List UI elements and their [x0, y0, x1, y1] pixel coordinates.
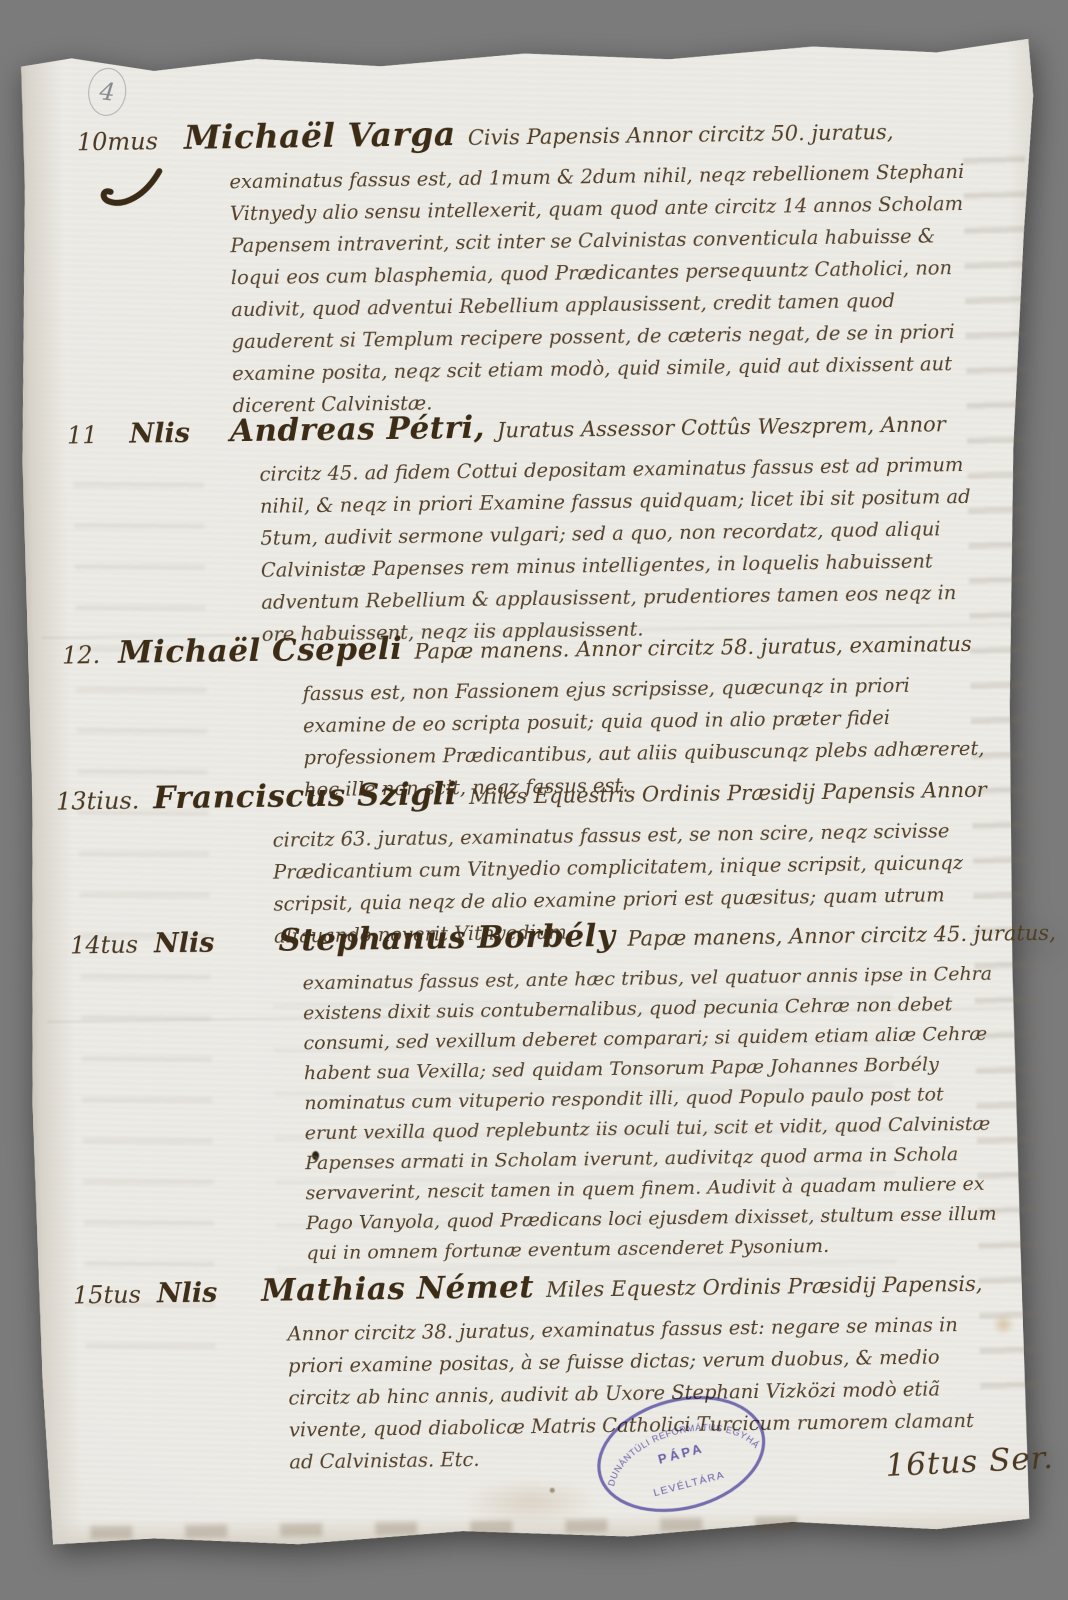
manuscript-page: 4 10musMichaël VargaCivis Papensis Annor… — [9, 19, 1060, 1563]
witness-name: Michaël Csepeli — [118, 631, 403, 671]
folio-number-text: 4 — [98, 77, 116, 106]
entry-body-text: examinatus fassus est, ad 1mum & 2dum ni… — [229, 156, 993, 423]
stamp-center-text: PÁPA — [656, 1440, 705, 1467]
entry-number: 11 — [67, 421, 98, 449]
heading-continuation: Miles Equestz Ordinis Præsidij Papensis, — [546, 1272, 983, 1302]
witness-entry-11: 11NlisAndreas Pétri,Juratus Assessor Cot… — [67, 398, 994, 654]
stamp-bottom-text: LEVÉLTÁRA — [652, 1468, 726, 1499]
nobilis-abbreviation: Nlis — [154, 927, 215, 959]
heading-continuation: Papæ manens, Annor circitz 45. juratus, — [627, 921, 1056, 951]
witness-name: Michaël Varga — [184, 114, 456, 157]
witness-name: Stephanus Borbély — [278, 918, 615, 959]
entry-number: 12. — [62, 641, 101, 670]
scanned-manuscript-photo: { "page": { "background_color": "#7b7b7b… — [0, 0, 1068, 1600]
witness-name: Andreas Pétri, — [230, 410, 486, 450]
witness-entry-14: 14tusNlisStephanus BorbélyPapæ manens, A… — [70, 908, 1003, 1272]
heading-continuation: Civis Papensis Annor circitz 50. juratus… — [468, 120, 894, 150]
catchword: 16tus Ser. — [885, 1440, 1055, 1484]
ink-flourish — [97, 167, 178, 214]
nobilis-abbreviation: Nlis — [157, 1277, 218, 1309]
nobilis-abbreviation: Nlis — [129, 418, 190, 450]
witness-entry-10: 10musMichaël VargaCivis Papensis Annor c… — [77, 104, 993, 425]
heading-continuation: Papæ manens. Annor circitz 58. juratus, … — [414, 632, 972, 664]
heading-continuation: Miles Equestris Ordinis Præsidij Papensi… — [469, 778, 987, 809]
heading-continuation: Juratus Assessor Cottûs Weszprem, Annor — [497, 412, 946, 442]
witness-entry-15: 15tusNlisMathias NémetMiles Equestz Ordi… — [73, 1258, 1004, 1482]
entry-body-text: examinatus fassus est, ante hæc tribus, … — [302, 959, 1002, 1269]
entry-number: 13tius. — [56, 787, 140, 816]
entry-number: 15tus — [73, 1281, 141, 1310]
witness-name: Franciscus Szigli — [153, 776, 457, 816]
entry-number: 14tus — [70, 931, 138, 960]
entry-number: 10mus — [77, 127, 158, 156]
witness-name: Mathias Német — [261, 1269, 534, 1309]
